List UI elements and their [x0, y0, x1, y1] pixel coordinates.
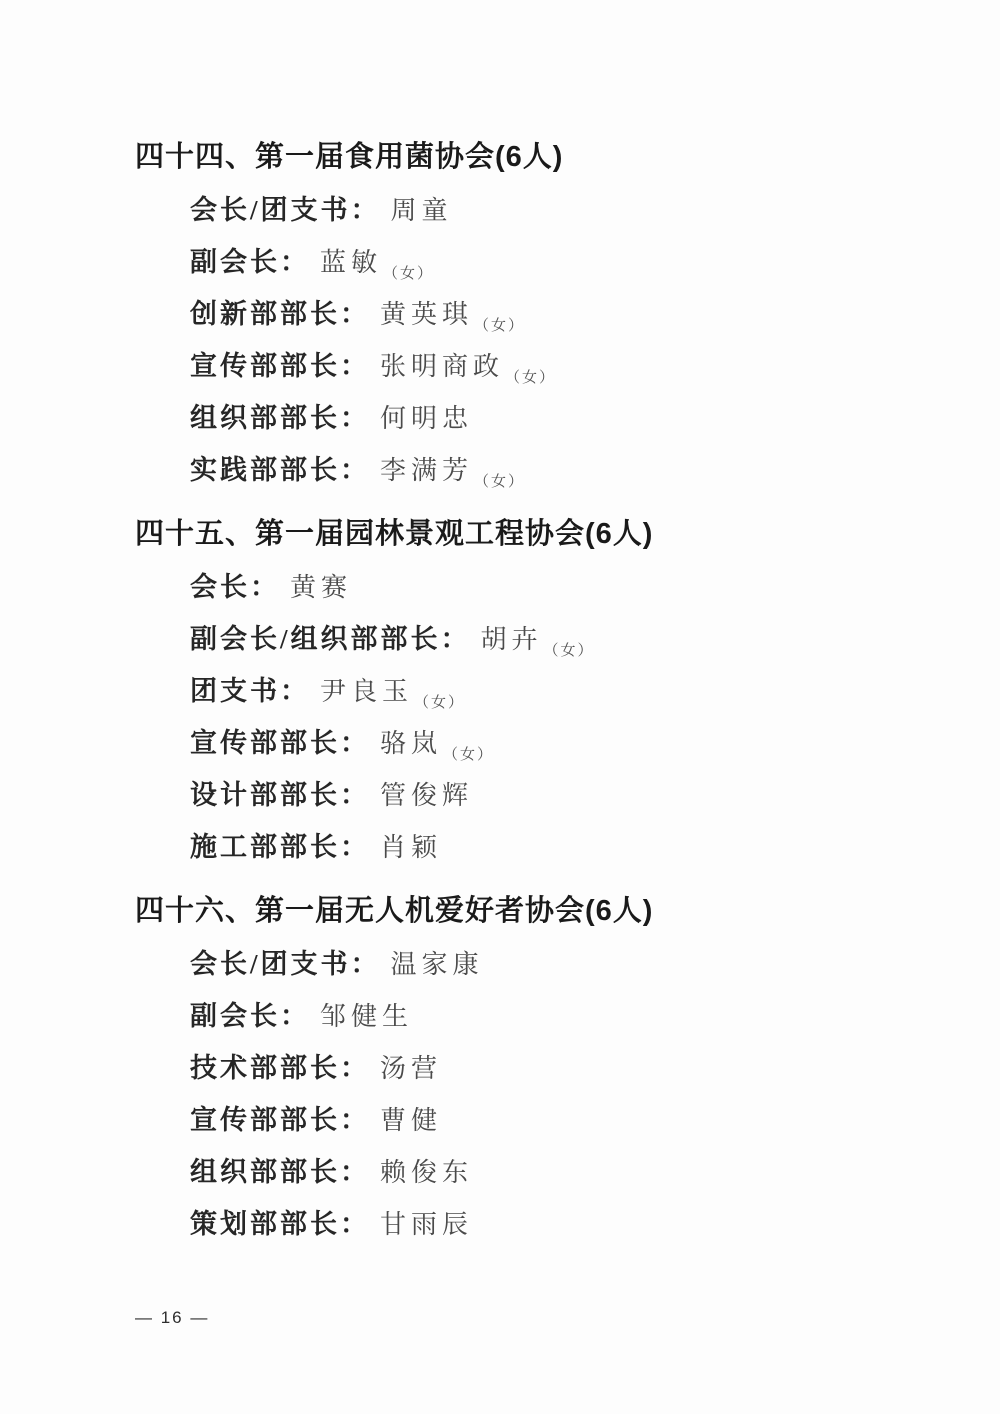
member-name: 邹健生: [320, 1002, 413, 1031]
role-label: 组织部部长：: [190, 403, 370, 433]
role-label: 会长/团支书：: [190, 949, 381, 979]
member-name: 胡卉: [481, 625, 543, 654]
officer-row: 会长/团支书：温家康: [190, 948, 960, 981]
gender-note: （女）: [443, 747, 494, 763]
officer-row: 副会长：蓝敏（女）: [190, 246, 960, 279]
section-title: 四十六、第一届无人机爱好者协会(6人): [135, 894, 960, 928]
officer-row: 宣传部部长：骆岚（女）: [190, 727, 960, 760]
officer-row: 策划部部长：甘雨辰: [190, 1208, 960, 1241]
gender-note: （女）: [474, 474, 525, 490]
role-label: 组织部部长：: [190, 1157, 370, 1187]
member-name: 肖颖: [380, 833, 442, 862]
officer-row: 创新部部长：黄英琪（女）: [190, 298, 960, 331]
page-number: — 16 —: [135, 1308, 209, 1328]
officer-row: 实践部部长：李满芳（女）: [190, 454, 960, 487]
member-name: 甘雨辰: [380, 1210, 473, 1239]
member-name: 曹健: [380, 1106, 442, 1135]
role-label: 策划部部长：: [190, 1209, 370, 1239]
section-46: 四十六、第一届无人机爱好者协会(6人) 会长/团支书：温家康 副会长：邹健生 技…: [0, 883, 1000, 1241]
member-name: 赖俊东: [380, 1158, 473, 1187]
section-44: 四十四、第一届食用菌协会(6人) 会长/团支书：周童 副会长：蓝敏（女） 创新部…: [0, 140, 1000, 487]
role-label: 副会长/组织部部长：: [190, 624, 471, 654]
member-name: 黄英琪: [380, 300, 473, 329]
member-name: 李满芳: [380, 456, 473, 485]
officer-row: 组织部部长：何明忠: [190, 402, 960, 435]
role-label: 会长：: [190, 572, 280, 602]
role-label: 创新部部长：: [190, 299, 370, 329]
section-title: 四十五、第一届园林景观工程协会(6人): [135, 517, 960, 551]
role-label: 副会长：: [190, 1001, 310, 1031]
officer-row: 宣传部部长：曹健: [190, 1104, 960, 1137]
member-name: 周童: [391, 196, 453, 225]
gender-note: （女）: [544, 643, 595, 659]
section-45: 四十五、第一届园林景观工程协会(6人) 会长：黄赛 副会长/组织部部长：胡卉（女…: [0, 506, 1000, 864]
member-name: 温家康: [391, 950, 484, 979]
member-name: 张明商政: [380, 352, 504, 381]
officer-row: 会长/团支书：周童: [190, 194, 960, 227]
role-label: 副会长：: [190, 247, 310, 277]
gender-note: （女）: [474, 318, 525, 334]
officer-row: 副会长/组织部部长：胡卉（女）: [190, 623, 960, 656]
officer-row: 会长：黄赛: [190, 571, 960, 604]
gender-note: （女）: [505, 370, 556, 386]
member-name: 黄赛: [290, 573, 352, 602]
page-content: 四十四、第一届食用菌协会(6人) 会长/团支书：周童 副会长：蓝敏（女） 创新部…: [0, 0, 1000, 1241]
officer-row: 副会长：邹健生: [190, 1000, 960, 1033]
role-label: 宣传部部长：: [190, 351, 370, 381]
role-label: 团支书：: [190, 676, 310, 706]
member-name: 何明忠: [380, 404, 473, 433]
role-label: 技术部部长：: [190, 1053, 370, 1083]
member-name: 尹良玉: [320, 677, 413, 706]
member-name: 蓝敏: [320, 248, 382, 277]
member-name: 管俊辉: [380, 781, 473, 810]
member-name: 汤营: [380, 1054, 442, 1083]
officer-row: 组织部部长：赖俊东: [190, 1156, 960, 1189]
document-page: 四十四、第一届食用菌协会(6人) 会长/团支书：周童 副会长：蓝敏（女） 创新部…: [0, 0, 1000, 1414]
member-name: 骆岚: [380, 729, 442, 758]
officer-row: 团支书：尹良玉（女）: [190, 675, 960, 708]
officer-row: 设计部部长：管俊辉: [190, 779, 960, 812]
gender-note: （女）: [414, 695, 465, 711]
officer-row: 技术部部长：汤营: [190, 1052, 960, 1085]
gender-note: （女）: [383, 266, 434, 282]
section-title: 四十四、第一届食用菌协会(6人): [135, 140, 960, 174]
role-label: 实践部部长：: [190, 455, 370, 485]
role-label: 设计部部长：: [190, 780, 370, 810]
role-label: 宣传部部长：: [190, 1105, 370, 1135]
role-label: 施工部部长：: [190, 832, 370, 862]
role-label: 宣传部部长：: [190, 728, 370, 758]
role-label: 会长/团支书：: [190, 195, 381, 225]
officer-row: 宣传部部长：张明商政（女）: [190, 350, 960, 383]
officer-row: 施工部部长：肖颖: [190, 831, 960, 864]
